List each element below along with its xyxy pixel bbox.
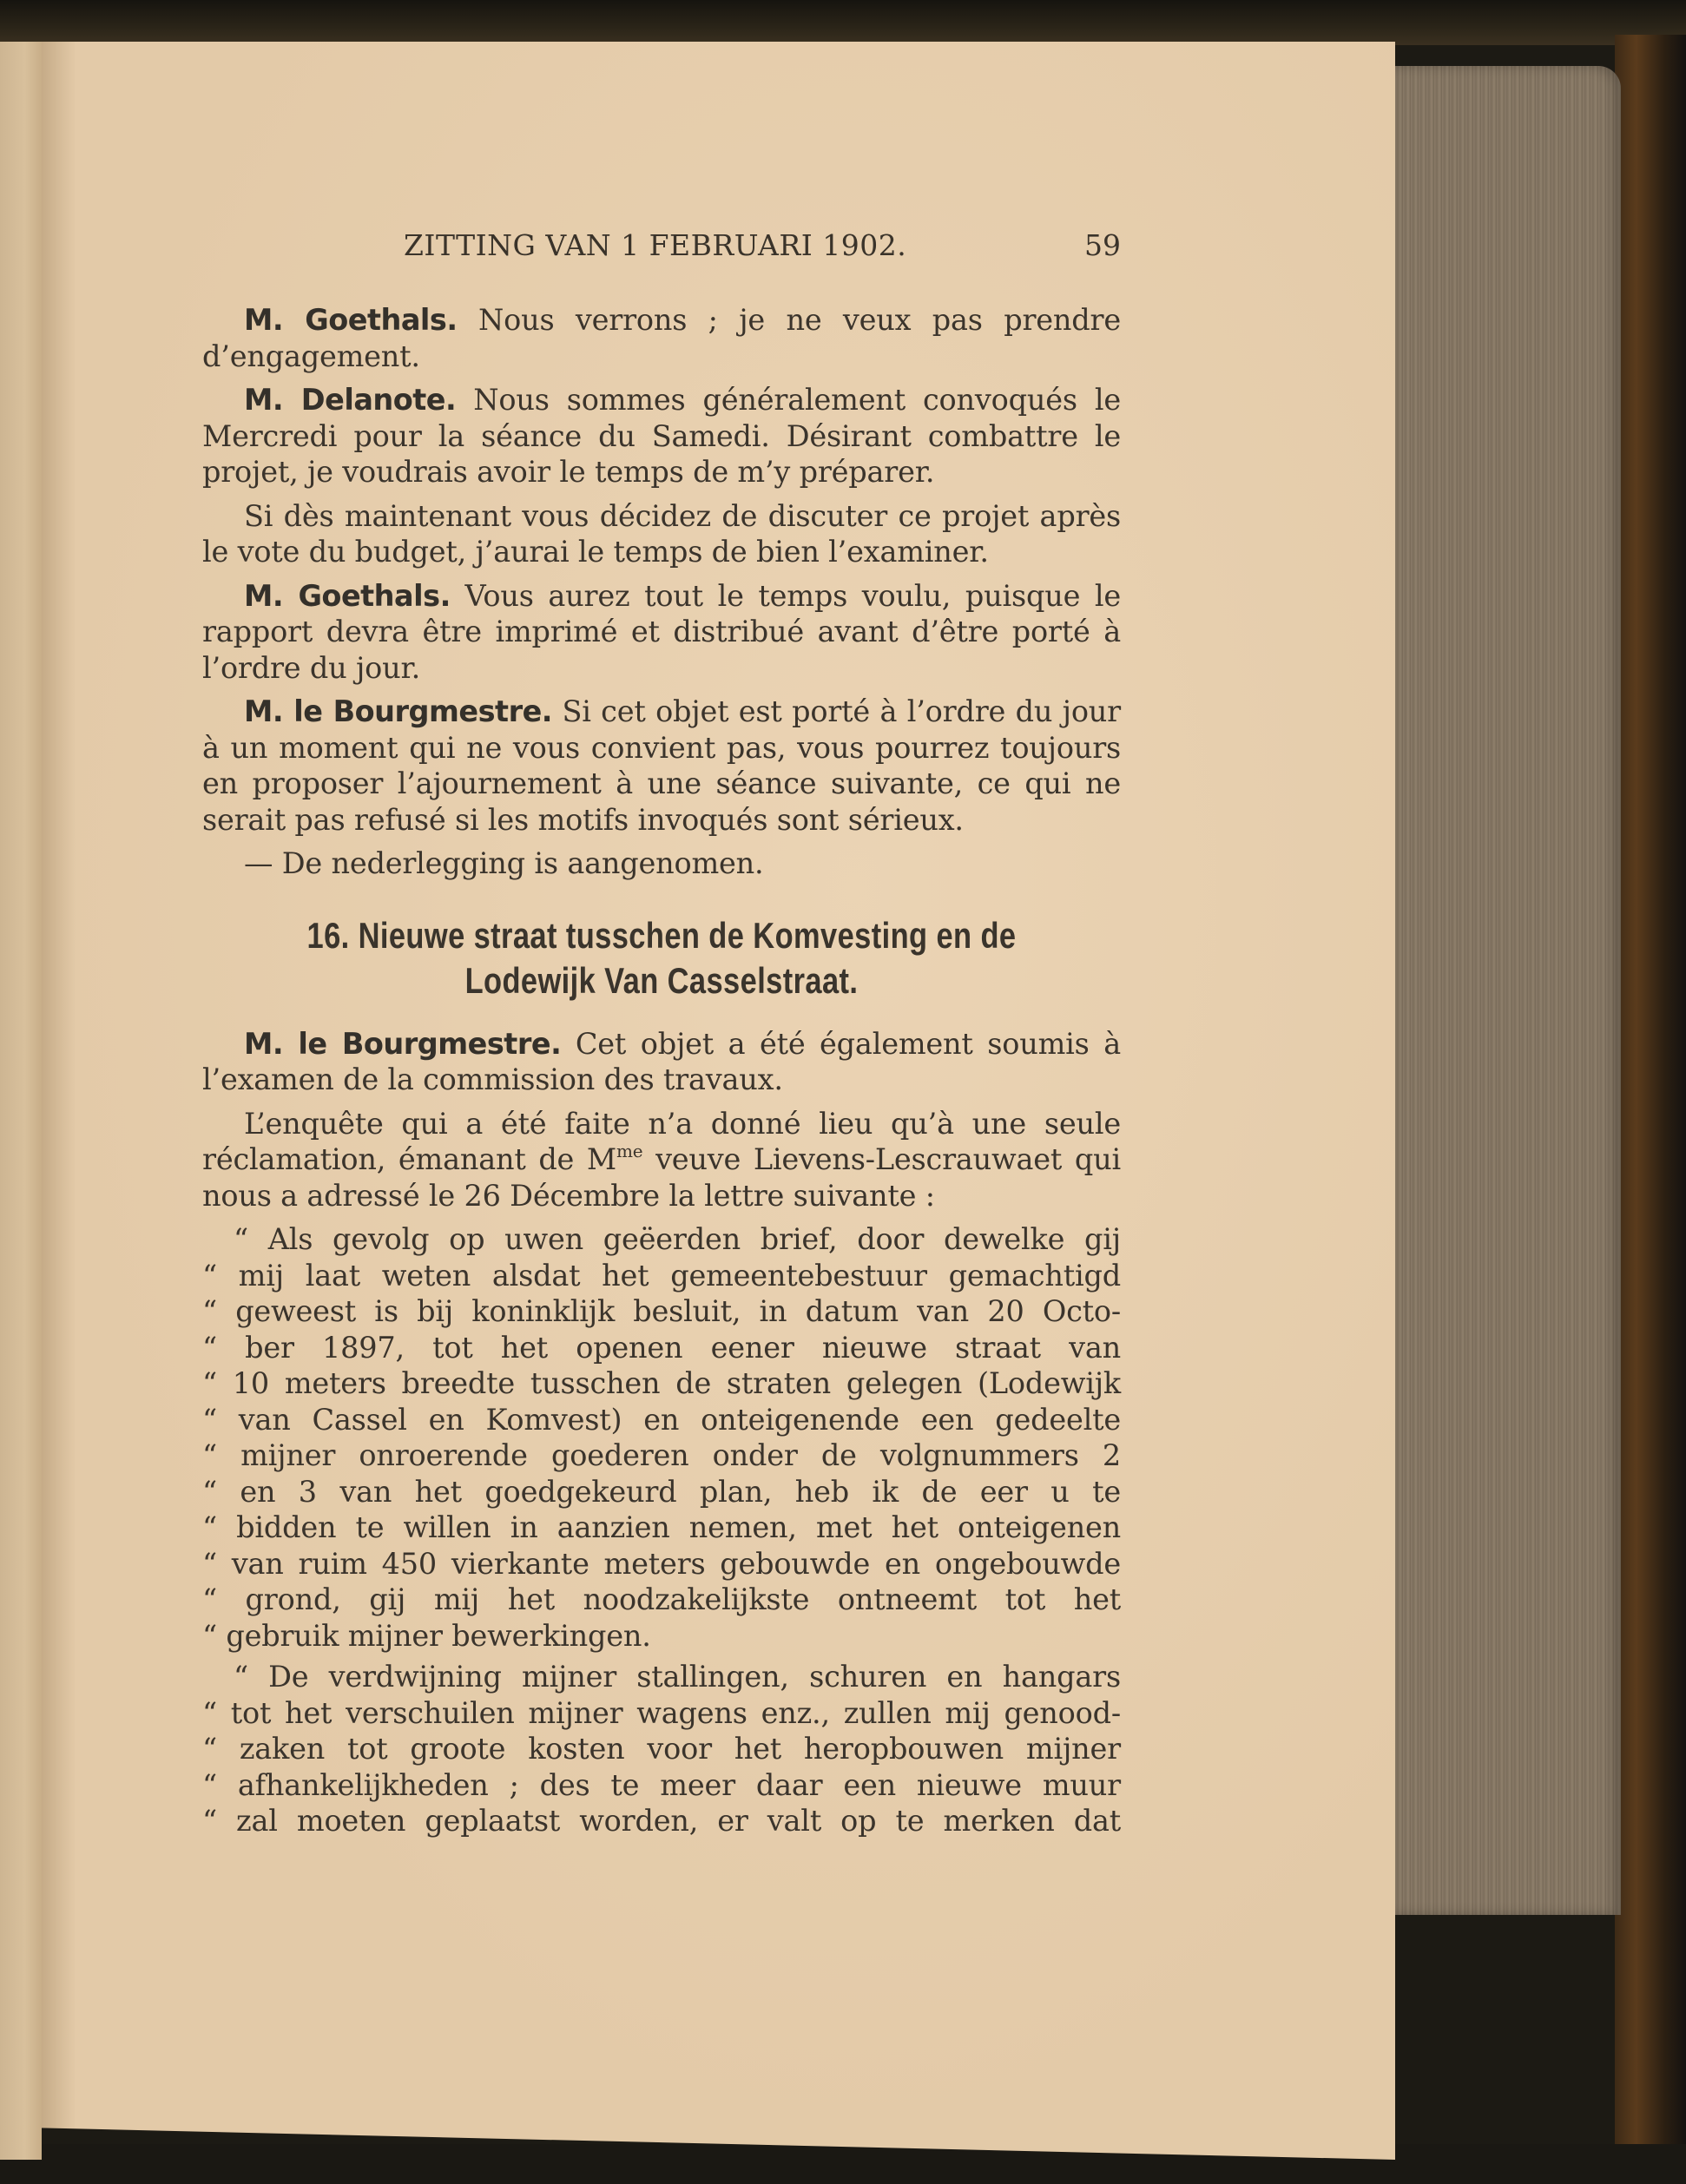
paragraph-text: Si dès maintenant vous décidez de discut… bbox=[202, 499, 1121, 569]
letter-paragraph-1: “ Als gevolg op uwen geëerden brief, doo… bbox=[202, 1221, 1121, 1654]
speaker-name: M. Goethals. bbox=[244, 303, 458, 337]
paragraph: M. Goethals. Vous aurez tout le temps vo… bbox=[202, 578, 1121, 687]
section-heading-line-1: 16. Nieuwe straat tusschen de Komvesting… bbox=[256, 913, 1066, 958]
paragraph: M. le Bourgmestre. Si cet objet est port… bbox=[202, 694, 1121, 838]
running-head-title: ZITTING VAN 1 FEBRUARI 1902. bbox=[404, 228, 906, 262]
letter-line: “ zal moeten geplaatst worden, er valt o… bbox=[202, 1803, 1121, 1839]
letter-line: “ mij laat weten alsdat het gemeentebest… bbox=[202, 1258, 1121, 1294]
page-body: M. Goethals. Nous verrons ; je ne veux p… bbox=[202, 302, 1121, 1845]
letter-line: “ ber 1897, tot het openen eener nieuwe … bbox=[202, 1330, 1121, 1366]
page-block-fore-edge bbox=[1395, 66, 1621, 1915]
paragraph: M. Delanote. Nous sommes généralement co… bbox=[202, 382, 1121, 490]
letter-line: “ van ruim 450 vierkante meters gebouwde… bbox=[202, 1546, 1121, 1582]
letter-line: “ Als gevolg op uwen geëerden brief, doo… bbox=[202, 1221, 1121, 1258]
letter-line: “ mijner onroerende goederen onder de vo… bbox=[202, 1437, 1121, 1474]
book-cover-top bbox=[0, 0, 1686, 45]
letter-line: “ van Cassel en Komvest) en onteigenende… bbox=[202, 1402, 1121, 1438]
paragraph: L’enquête qui a été faite n’a donné lieu… bbox=[202, 1106, 1121, 1214]
running-head: ZITTING VAN 1 FEBRUARI 1902. 59 bbox=[202, 228, 1121, 263]
speaker-name: M. le Bourgmestre. bbox=[244, 694, 552, 728]
letter-line: “ bidden te willen in aanzien nemen, met… bbox=[202, 1510, 1121, 1546]
book-page: ZITTING VAN 1 FEBRUARI 1902. 59 M. Goeth… bbox=[42, 42, 1395, 2160]
book-cover-spine-edge bbox=[1615, 35, 1686, 2184]
resolution-line: — De nederlegging is aangenomen. bbox=[202, 845, 1121, 882]
book-cover-bottom bbox=[0, 2144, 1686, 2184]
letter-line: “ zaken tot groote kosten voor het herop… bbox=[202, 1731, 1121, 1767]
letter-line: “ en 3 van het goedgekeurd plan, heb ik … bbox=[202, 1474, 1121, 1510]
speaker-name: M. Delanote. bbox=[244, 383, 456, 417]
speaker-name: M. le Bourgmestre. bbox=[244, 1027, 561, 1061]
paragraph-text: — De nederlegging is aangenomen. bbox=[244, 846, 763, 880]
letter-line: “ tot het verschuilen mijner wagens enz.… bbox=[202, 1695, 1121, 1732]
section-heading: 16. Nieuwe straat tusschen de Komvesting… bbox=[256, 913, 1066, 1003]
quoted-letter: “ Als gevolg op uwen geëerden brief, doo… bbox=[202, 1221, 1121, 1839]
letter-line: “ 10 meters breedte tusschen de straten … bbox=[202, 1365, 1121, 1402]
letter-line: “ gebruik mijner bewerkingen. bbox=[202, 1618, 1121, 1654]
letter-line: “ grond, gij mij het noodzakelijkste ont… bbox=[202, 1582, 1121, 1618]
page-number: 59 bbox=[1084, 228, 1121, 262]
speaker-name: M. Goethals. bbox=[244, 579, 451, 613]
facing-page-edge bbox=[0, 42, 42, 2160]
letter-line: “ De verdwijning mijner stallingen, schu… bbox=[202, 1659, 1121, 1695]
letter-paragraph-2: “ De verdwijning mijner stallingen, schu… bbox=[202, 1659, 1121, 1839]
letter-line: “ geweest is bij koninklijk besluit, in … bbox=[202, 1293, 1121, 1330]
paragraph: M. Goethals. Nous verrons ; je ne veux p… bbox=[202, 302, 1121, 374]
section-heading-line-2: Lodewijk Van Casselstraat. bbox=[256, 958, 1066, 1003]
paragraph: M. le Bourgmestre. Cet objet a été égale… bbox=[202, 1026, 1121, 1098]
paragraph: Si dès maintenant vous décidez de discut… bbox=[202, 498, 1121, 570]
letter-line: “ afhankelijkheden ; des te meer daar ee… bbox=[202, 1767, 1121, 1804]
superscript-me: me bbox=[616, 1141, 642, 1161]
